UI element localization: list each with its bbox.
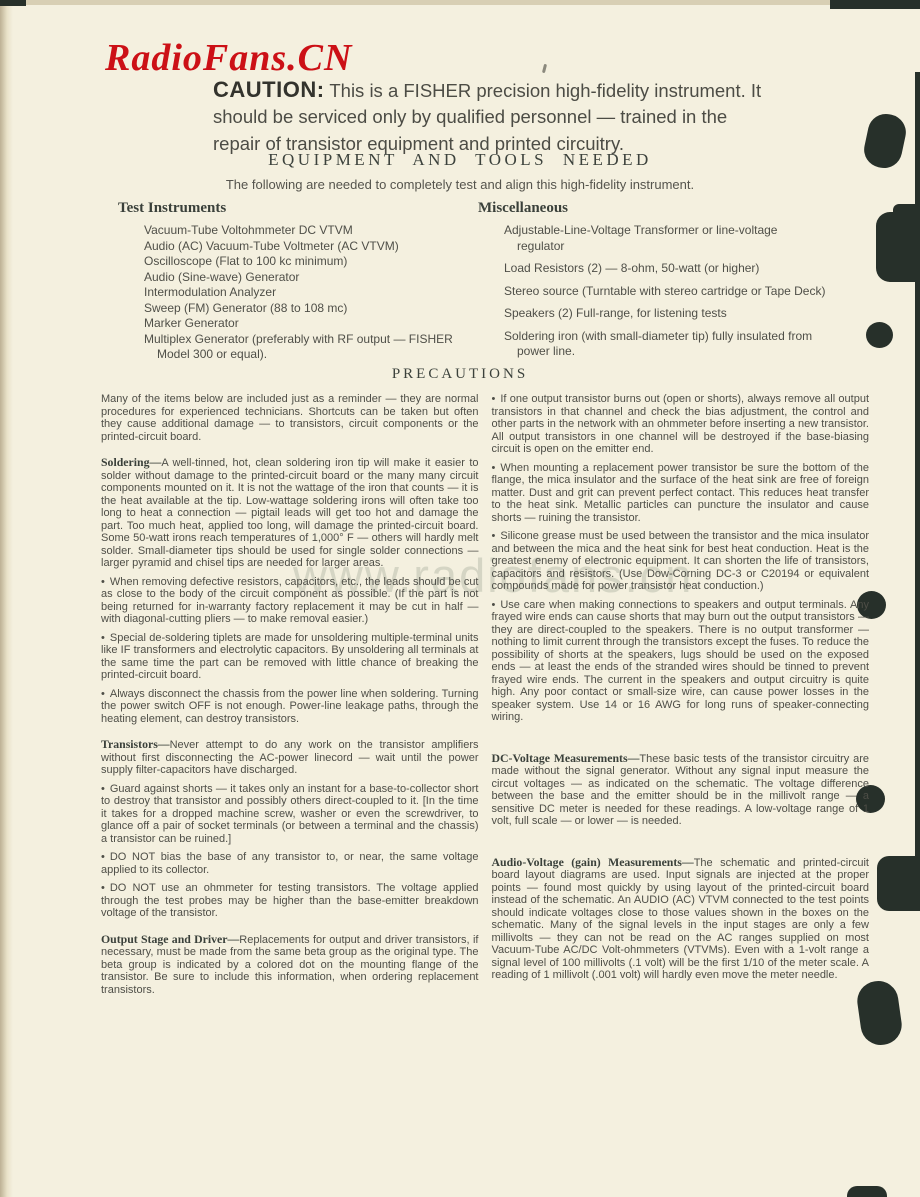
equipment-item: Load Resistors (2) — 8-ohm, 50-watt (or … <box>504 261 828 277</box>
miscellaneous-column: Miscellaneous Adjustable-Line-Voltage Tr… <box>478 200 828 367</box>
paragraph-text: Many of the items below are included jus… <box>101 393 479 443</box>
precaution-paragraph: DC-Voltage Measurements—These basic test… <box>492 752 870 828</box>
brand-watermark: RadioFans.CN <box>105 36 352 80</box>
equipment-item: Multiplex Generator (preferably with RF … <box>144 332 478 363</box>
equipment-title: EQUIPMENT AND TOOLS NEEDED <box>0 150 920 170</box>
paragraph-text: DO NOT use an ohmmeter for testing trans… <box>101 882 479 919</box>
bullet-marker: • <box>492 462 496 474</box>
precaution-bullet: •Special de-soldering tiplets are made f… <box>101 632 479 682</box>
edge-notch <box>876 212 920 282</box>
paragraph-text: Silicone grease must be used between the… <box>492 530 870 592</box>
scan-corner-bar <box>830 0 920 9</box>
equipment-item: Speakers (2) Full-range, for listening t… <box>504 306 828 322</box>
equipment-item: Sweep (FM) Generator (88 to 108 mc) <box>144 301 478 317</box>
paragraph-text: Always disconnect the chassis from the p… <box>101 688 479 725</box>
precaution-paragraph: Output Stage and Driver—Replacements for… <box>101 933 479 997</box>
precaution-bullet: •DO NOT bias the base of any transistor … <box>101 851 479 876</box>
precautions-columns: Many of the items below are included jus… <box>101 393 869 996</box>
equipment-item: Intermodulation Analyzer <box>144 285 478 301</box>
page-top-edge <box>0 0 920 5</box>
scan-corner-mark <box>0 0 26 6</box>
caution-label: CAUTION: <box>213 77 325 102</box>
equipment-item: Oscilloscope (Flat to 100 kc minimum) <box>144 254 478 270</box>
precaution-bullet: •Guard against shorts — it takes only an… <box>101 783 479 846</box>
paragraph-lead: Audio-Voltage (gain) Measurements— <box>492 855 694 869</box>
paragraph-lead: Soldering— <box>101 455 161 469</box>
precautions-title: PRECAUTIONS <box>0 366 920 383</box>
scanned-manual-page: RadioFans.CN www.radiofans.cn CAUTION: T… <box>0 0 920 1197</box>
miscellaneous-heading: Miscellaneous <box>478 200 828 217</box>
equipment-item: Stereo source (Turntable with stereo car… <box>504 284 828 300</box>
test-instruments-heading: Test Instruments <box>118 200 478 217</box>
paragraph-text: Use care when making connections to spea… <box>492 599 870 724</box>
edge-blob <box>847 1186 887 1197</box>
equipment-item: Audio (AC) Vacuum-Tube Voltmeter (AC VTV… <box>144 239 478 255</box>
paragraph-text: Guard against shorts — it takes only an … <box>101 783 479 845</box>
paragraph-text: If one output transistor burns out (open… <box>492 393 870 455</box>
precautions-right-column: •If one output transistor burns out (ope… <box>492 393 870 996</box>
bullet-marker: • <box>492 599 496 611</box>
precaution-bullet: •When mounting a replacement power trans… <box>492 462 870 525</box>
equipment-item: Vacuum-Tube Voltohmmeter DC VTVM <box>144 223 478 239</box>
precaution-bullet: •Use care when making connections to spe… <box>492 599 870 724</box>
bullet-marker: • <box>492 393 496 405</box>
precaution-bullet: •When removing defective resistors, capa… <box>101 576 479 626</box>
equipment-item: Audio (Sine-wave) Generator <box>144 270 478 286</box>
paragraph-text: When mounting a replacement power transi… <box>492 462 870 524</box>
paragraph-lead: Output Stage and Driver— <box>101 932 239 946</box>
paragraph-lead: Transistors— <box>101 737 170 751</box>
paragraph-text: The schematic and printed-circuit board … <box>492 857 870 982</box>
bullet-marker: • <box>492 530 496 542</box>
caution-note: CAUTION: This is a FISHER precision high… <box>213 77 773 158</box>
miscellaneous-list: Adjustable-Line-Voltage Transformer or l… <box>504 223 828 360</box>
test-instruments-list: Vacuum-Tube Voltohmmeter DC VTVM Audio (… <box>144 223 478 363</box>
test-instruments-column: Test Instruments Vacuum-Tube Voltohmmete… <box>118 200 478 367</box>
scan-speck <box>542 64 547 73</box>
paragraph-text: DO NOT bias the base of any transistor t… <box>101 851 479 876</box>
precaution-bullet: •Always disconnect the chassis from the … <box>101 688 479 726</box>
equipment-subtitle: The following are needed to completely t… <box>0 177 920 192</box>
precautions-left-column: Many of the items below are included jus… <box>101 393 479 996</box>
punch-hole <box>866 322 893 348</box>
precaution-bullet: •Silicone grease must be used between th… <box>492 530 870 593</box>
precaution-bullet: •DO NOT use an ohmmeter for testing tran… <box>101 882 479 920</box>
equipment-columns: Test Instruments Vacuum-Tube Voltohmmete… <box>118 200 828 367</box>
bullet-marker: • <box>101 688 105 700</box>
bullet-marker: • <box>101 783 105 795</box>
paragraph-text: Special de-soldering tiplets are made fo… <box>101 632 479 682</box>
paragraph-lead: DC-Voltage Measurements— <box>492 751 640 765</box>
precaution-paragraph: Many of the items below are included jus… <box>101 393 479 443</box>
precaution-paragraph: Transistors—Never attempt to do any work… <box>101 738 479 777</box>
bullet-marker: • <box>101 576 105 588</box>
edge-notch <box>877 856 920 911</box>
bullet-marker: • <box>101 632 105 644</box>
paragraph-text: When removing defective resistors, capac… <box>101 576 479 626</box>
equipment-item: Soldering iron (with small-diameter tip)… <box>504 329 828 360</box>
precaution-bullet: •If one output transistor burns out (ope… <box>492 393 870 456</box>
paragraph-text: A well-tinned, hot, clean soldering iron… <box>101 457 479 569</box>
bullet-marker: • <box>101 851 105 863</box>
precaution-paragraph: Audio-Voltage (gain) Measurements—The sc… <box>492 856 870 982</box>
equipment-item: Marker Generator <box>144 316 478 332</box>
precaution-paragraph: Soldering—A well-tinned, hot, clean sold… <box>101 456 479 570</box>
equipment-item: Adjustable-Line-Voltage Transformer or l… <box>504 223 828 254</box>
bullet-marker: • <box>101 882 105 894</box>
